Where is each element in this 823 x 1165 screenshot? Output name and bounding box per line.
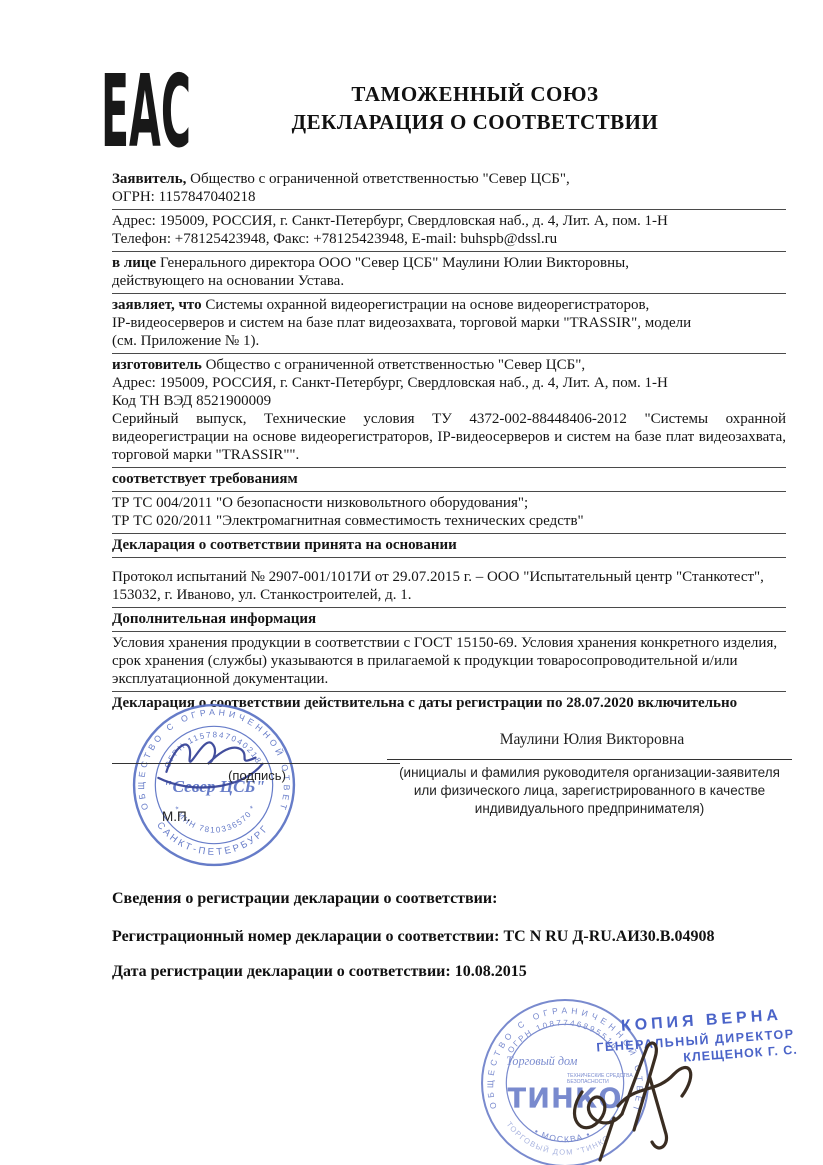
section-heading: Дополнительная информация bbox=[112, 608, 786, 632]
signature-caption: (подпись) bbox=[152, 768, 362, 783]
text-line: Дополнительная информация bbox=[112, 610, 786, 628]
registration-date-value: 10.08.2015 bbox=[455, 963, 527, 980]
registration-date-label: Дата регистрации декларации о соответств… bbox=[112, 963, 455, 980]
signature-line-right bbox=[387, 759, 792, 760]
document-section: в лице Генерального директора ООО "Север… bbox=[112, 252, 786, 294]
document-section: Протокол испытаний № 2907-001/1017И от 2… bbox=[112, 558, 786, 608]
body-text: ТР ТС 020/2011 "Электромагнитная совмест… bbox=[112, 513, 584, 529]
document-section: Адрес: 195009, РОССИЯ, г. Санкт-Петербур… bbox=[112, 210, 786, 252]
registration-number-line: Регистрационный номер декларации о соотв… bbox=[112, 927, 786, 947]
body-text: IP-видеосерверов и систем на базе плат в… bbox=[112, 315, 691, 331]
body-text: Генерального директора ООО "Север ЦСБ" М… bbox=[156, 255, 629, 271]
registration-info: Сведения о регистрации декларации о соот… bbox=[112, 889, 786, 982]
body-text: Адрес: 195009, РОССИЯ, г. Санкт-Петербур… bbox=[112, 213, 668, 229]
body-text: Протокол испытаний № 2907-001/1017И от 2… bbox=[112, 569, 764, 603]
body-text: Общество с ограниченной ответственностью… bbox=[202, 357, 585, 373]
body-text: Адрес: 195009, РОССИЯ, г. Санкт-Петербур… bbox=[112, 375, 668, 391]
text-line: Протокол испытаний № 2907-001/1017И от 2… bbox=[112, 568, 786, 604]
body-text: действующего на основании Устава. bbox=[112, 273, 344, 289]
text-line: Код ТН ВЭД 8521900009 bbox=[112, 392, 786, 410]
registration-heading: Сведения о регистрации декларации о соот… bbox=[112, 889, 786, 909]
registration-number-value: ТС N RU Д-RU.АИ30.В.04908 bbox=[503, 928, 714, 945]
text-line: Телефон: +78125423948, Факс: +7812542394… bbox=[112, 230, 786, 248]
bold-lead-text: в лице bbox=[112, 255, 156, 271]
text-line: изготовитель Общество с ограниченной отв… bbox=[112, 356, 786, 374]
text-line: Адрес: 195009, РОССИЯ, г. Санкт-Петербур… bbox=[112, 212, 786, 230]
title-line-1: ТАМОЖЕННЫЙ СОЮЗ bbox=[240, 80, 710, 108]
text-line: ТР ТС 004/2011 "О безопасности низковоль… bbox=[112, 494, 786, 512]
mp-seal-label: М.П. bbox=[162, 809, 190, 824]
head-name-explanation: (инициалы и фамилия руководителя организ… bbox=[387, 764, 792, 818]
body-text: Условия хранения продукции в соответстви… bbox=[112, 635, 777, 687]
text-line: заявляет, что Системы охранной видеореги… bbox=[112, 296, 786, 314]
signature-area: ОБЩЕСТВО С ОГРАНИЧЕННОЙ ОТВЕТСТВЕННОСТЬЮ… bbox=[112, 719, 786, 869]
body-text: Системы охранной видеорегистрации на осн… bbox=[202, 297, 650, 313]
text-line: IP-видеосерверов и систем на базе плат в… bbox=[112, 314, 786, 332]
bold-lead-text: соответствует требованиям bbox=[112, 471, 298, 487]
bold-lead-text: Заявитель, bbox=[112, 171, 186, 187]
text-line: Заявитель, Общество с ограниченной ответ… bbox=[112, 170, 786, 188]
text-line: ОГРН: 1157847040218 bbox=[112, 188, 786, 206]
body-text: Серийный выпуск, Технические условия ТУ … bbox=[112, 411, 786, 463]
document-section: Заявитель, Общество с ограниченной ответ… bbox=[112, 168, 786, 210]
director-dark-signature bbox=[552, 1022, 752, 1165]
text-line: Серийный выпуск, Технические условия ТУ … bbox=[112, 410, 786, 464]
body-text: ТР ТС 004/2011 "О безопасности низковоль… bbox=[112, 495, 528, 511]
document-section: ТР ТС 004/2011 "О безопасности низковоль… bbox=[112, 492, 786, 534]
text-line: в лице Генерального директора ООО "Север… bbox=[112, 254, 786, 272]
document-section: заявляет, что Системы охранной видеореги… bbox=[112, 294, 786, 354]
registration-number-label: Регистрационный номер декларации о соотв… bbox=[112, 928, 503, 945]
body-text: (см. Приложение № 1). bbox=[112, 333, 259, 349]
body-text: ОГРН: 1157847040218 bbox=[112, 189, 256, 205]
text-line: Декларация о соответствии принята на осн… bbox=[112, 536, 786, 554]
text-line: (см. Приложение № 1). bbox=[112, 332, 786, 350]
bold-lead-text: изготовитель bbox=[112, 357, 202, 373]
document-page: EAC ТАМОЖЕННЫЙ СОЮЗ ДЕКЛАРАЦИЯ О СООТВЕТ… bbox=[0, 0, 823, 1165]
applicant-round-stamp: ОБЩЕСТВО С ОГРАНИЧЕННОЙ ОТВЕТСТВЕННОСТЬЮ… bbox=[128, 699, 300, 871]
bold-lead-text: заявляет, что bbox=[112, 297, 202, 313]
text-line: соответствует требованиям bbox=[112, 470, 786, 488]
section-heading: Декларация о соответствии принята на осн… bbox=[112, 534, 786, 558]
eac-mark-logo: EAC bbox=[101, 70, 193, 152]
text-line: Условия хранения продукции в соответстви… bbox=[112, 634, 786, 688]
document-sections: Заявитель, Общество с ограниченной ответ… bbox=[112, 168, 786, 715]
document-section: Условия хранения продукции в соответстви… bbox=[112, 632, 786, 692]
section-heading: соответствует требованиям bbox=[112, 468, 786, 492]
text-line: Адрес: 195009, РОССИЯ, г. Санкт-Петербур… bbox=[112, 374, 786, 392]
text-line: ТР ТС 020/2011 "Электромагнитная совмест… bbox=[112, 512, 786, 530]
document-section: изготовитель Общество с ограниченной отв… bbox=[112, 354, 786, 468]
bold-lead-text: Дополнительная информация bbox=[112, 611, 316, 627]
eac-logo-text: EAC bbox=[101, 70, 191, 152]
signature-line-left bbox=[112, 763, 400, 764]
head-full-name: Маулини Юлия Викторовна bbox=[412, 731, 772, 749]
text-line: действующего на основании Устава. bbox=[112, 272, 786, 290]
registration-date-line: Дата регистрации декларации о соответств… bbox=[112, 962, 786, 982]
bold-lead-text: Декларация о соответствии принята на осн… bbox=[112, 537, 457, 553]
title-line-2: ДЕКЛАРАЦИЯ О СООТВЕТСТВИИ bbox=[240, 108, 710, 136]
document-title: ТАМОЖЕННЫЙ СОЮЗ ДЕКЛАРАЦИЯ О СООТВЕТСТВИ… bbox=[240, 80, 710, 136]
body-text: Код ТН ВЭД 8521900009 bbox=[112, 393, 271, 409]
body-text: Общество с ограниченной ответственностью… bbox=[186, 171, 569, 187]
document-header: EAC ТАМОЖЕННЫЙ СОЮЗ ДЕКЛАРАЦИЯ О СООТВЕТ… bbox=[0, 0, 823, 168]
body-text: Телефон: +78125423948, Факс: +7812542394… bbox=[112, 231, 557, 247]
